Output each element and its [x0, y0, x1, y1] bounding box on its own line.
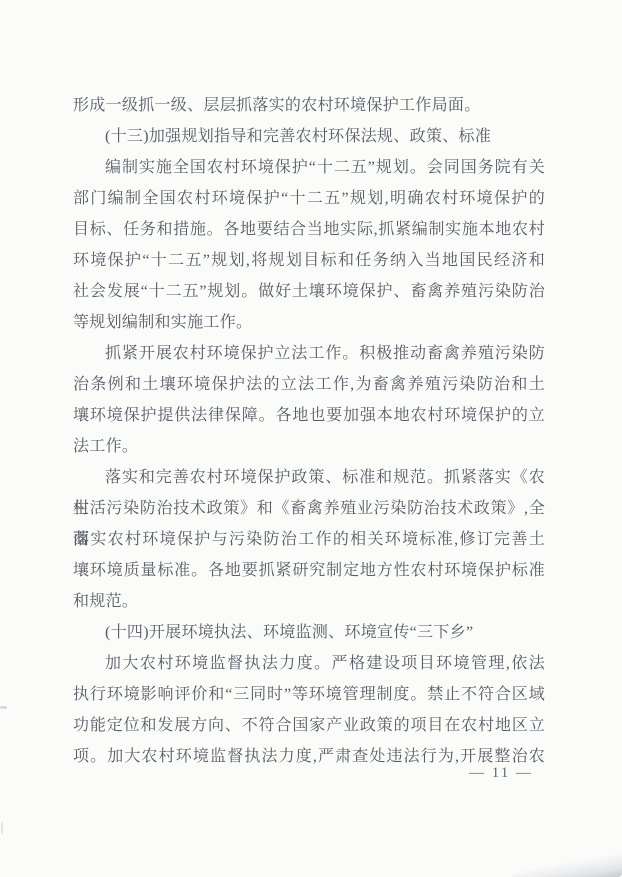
text-line: 部门编制全国农村环境保护“十二五”规划,明确农村环境保护的 — [73, 183, 545, 214]
text-line: 环境保护“十二五”规划,将规划目标和任务纳入当地国民经济和 — [73, 245, 545, 276]
text-line: (十三)加强规划指导和完善农村环保法规、政策、标准 — [73, 121, 545, 152]
text-line: 社会发展“十二五”规划。做好土壤环境保护、畜禽养殖污染防治 — [73, 276, 545, 307]
text-line: 和规范。 — [73, 586, 545, 617]
text-line: 落实农村环境保护与污染防治工作的相关环境标准,修订完善土 — [73, 524, 545, 555]
scanned-document-page: 形成一级抓一级、层层抓落实的农村环境保护工作局面。(十三)加强规划指导和完善农村… — [0, 0, 622, 877]
text-line: 加大农村环境监督执法力度。严格建设项目环境管理,依法 — [73, 648, 545, 679]
text-line: 壤环境保护提供法律保障。各地也要加强本地农村环境保护的立 — [73, 400, 545, 431]
text-line: 落实和完善农村环境保护政策、标准和规范。抓紧落实《农村 — [73, 462, 545, 493]
text-line: 治条例和土壤环境保护法的立法工作,为畜禽养殖污染防治和土 — [73, 369, 545, 400]
text-line: (十四)开展环境执法、环境监测、环境宣传“三下乡” — [73, 617, 545, 648]
text-line: 法工作。 — [73, 431, 545, 462]
text-line: 目标、任务和措施。各地要结合当地实际,抓紧编制实施本地农村 — [73, 214, 545, 245]
text-line: 壤环境质量标准。各地要抓紧研究制定地方性农村环境保护标准 — [73, 555, 545, 586]
text-line: 形成一级抓一级、层层抓落实的农村环境保护工作局面。 — [73, 90, 545, 121]
text-line: 等规划编制和实施工作。 — [73, 307, 545, 338]
document-lines: 形成一级抓一级、层层抓落实的农村环境保护工作局面。(十三)加强规划指导和完善农村… — [73, 90, 545, 772]
text-line: 抓紧开展农村环境保护立法工作。积极推动畜禽养殖污染防 — [73, 338, 545, 369]
text-line: 生活污染防治技术政策》和《畜禽养殖业污染防治技术政策》,全面 — [73, 493, 545, 524]
text-line: 编制实施全国农村环境保护“十二五”规划。会同国务院有关 — [73, 152, 545, 183]
page-curl-shadow — [512, 855, 622, 877]
page-number: — 11 — — [469, 763, 533, 783]
text-line: 功能定位和发展方向、不符合国家产业政策的项目在农村地区立 — [73, 710, 545, 741]
text-line: 执行环境影响评价和“三同时”等环境管理制度。禁止不符合区域 — [73, 679, 545, 710]
scan-edge-artifact — [0, 706, 7, 709]
scan-edge-artifact — [1, 822, 3, 834]
